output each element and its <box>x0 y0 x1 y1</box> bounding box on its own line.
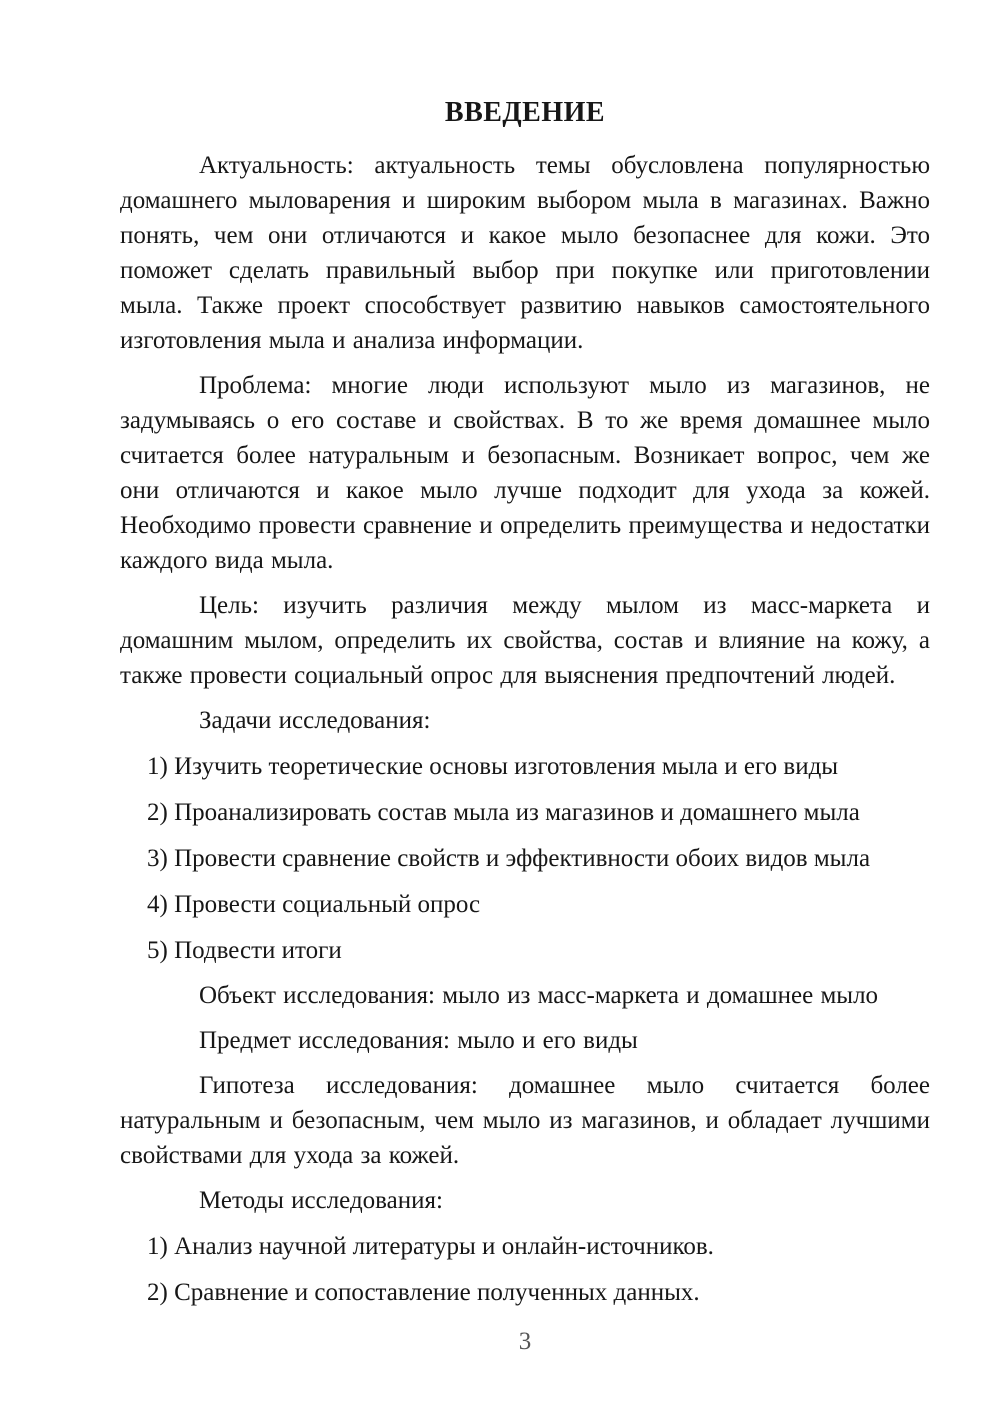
page-number: 3 <box>120 1327 930 1357</box>
task-list-item: 3) Провести сравнение свойств и эффектив… <box>120 841 930 876</box>
method-list-item: 1) Анализ научной литературы и онлайн-ис… <box>120 1229 930 1264</box>
method-list-item: 2) Сравнение и сопоставление полученных … <box>120 1275 930 1310</box>
task-list-item: 2) Проанализировать состав мыла из магаз… <box>120 795 930 830</box>
document-page: ВВЕДЕНИЕ Актуальность: актуальность темы… <box>0 0 1000 1414</box>
paragraph-problema: Проблема: многие люди используют мыло из… <box>120 368 930 578</box>
paragraph-predmet: Предмет исследования: мыло и его виды <box>120 1023 930 1058</box>
task-list-item: 4) Провести социальный опрос <box>120 887 930 922</box>
task-list-item: 5) Подвести итоги <box>120 933 930 968</box>
task-list-item: 1) Изучить теоретические основы изготовл… <box>120 749 930 784</box>
document-content: ВВЕДЕНИЕ Актуальность: актуальность темы… <box>120 94 930 1310</box>
paragraph-zadachi-heading: Задачи исследования: <box>120 703 930 738</box>
paragraph-tsel: Цель: изучить различия между мылом из ма… <box>120 588 930 693</box>
paragraph-aktualnost: Актуальность: актуальность темы обусловл… <box>120 148 930 358</box>
paragraph-obekt: Объект исследования: мыло из масс-маркет… <box>120 978 930 1013</box>
paragraph-metody-heading: Методы исследования: <box>120 1183 930 1218</box>
paragraph-gipoteza: Гипотеза исследования: домашнее мыло счи… <box>120 1068 930 1173</box>
page-title: ВВЕДЕНИЕ <box>120 94 930 132</box>
